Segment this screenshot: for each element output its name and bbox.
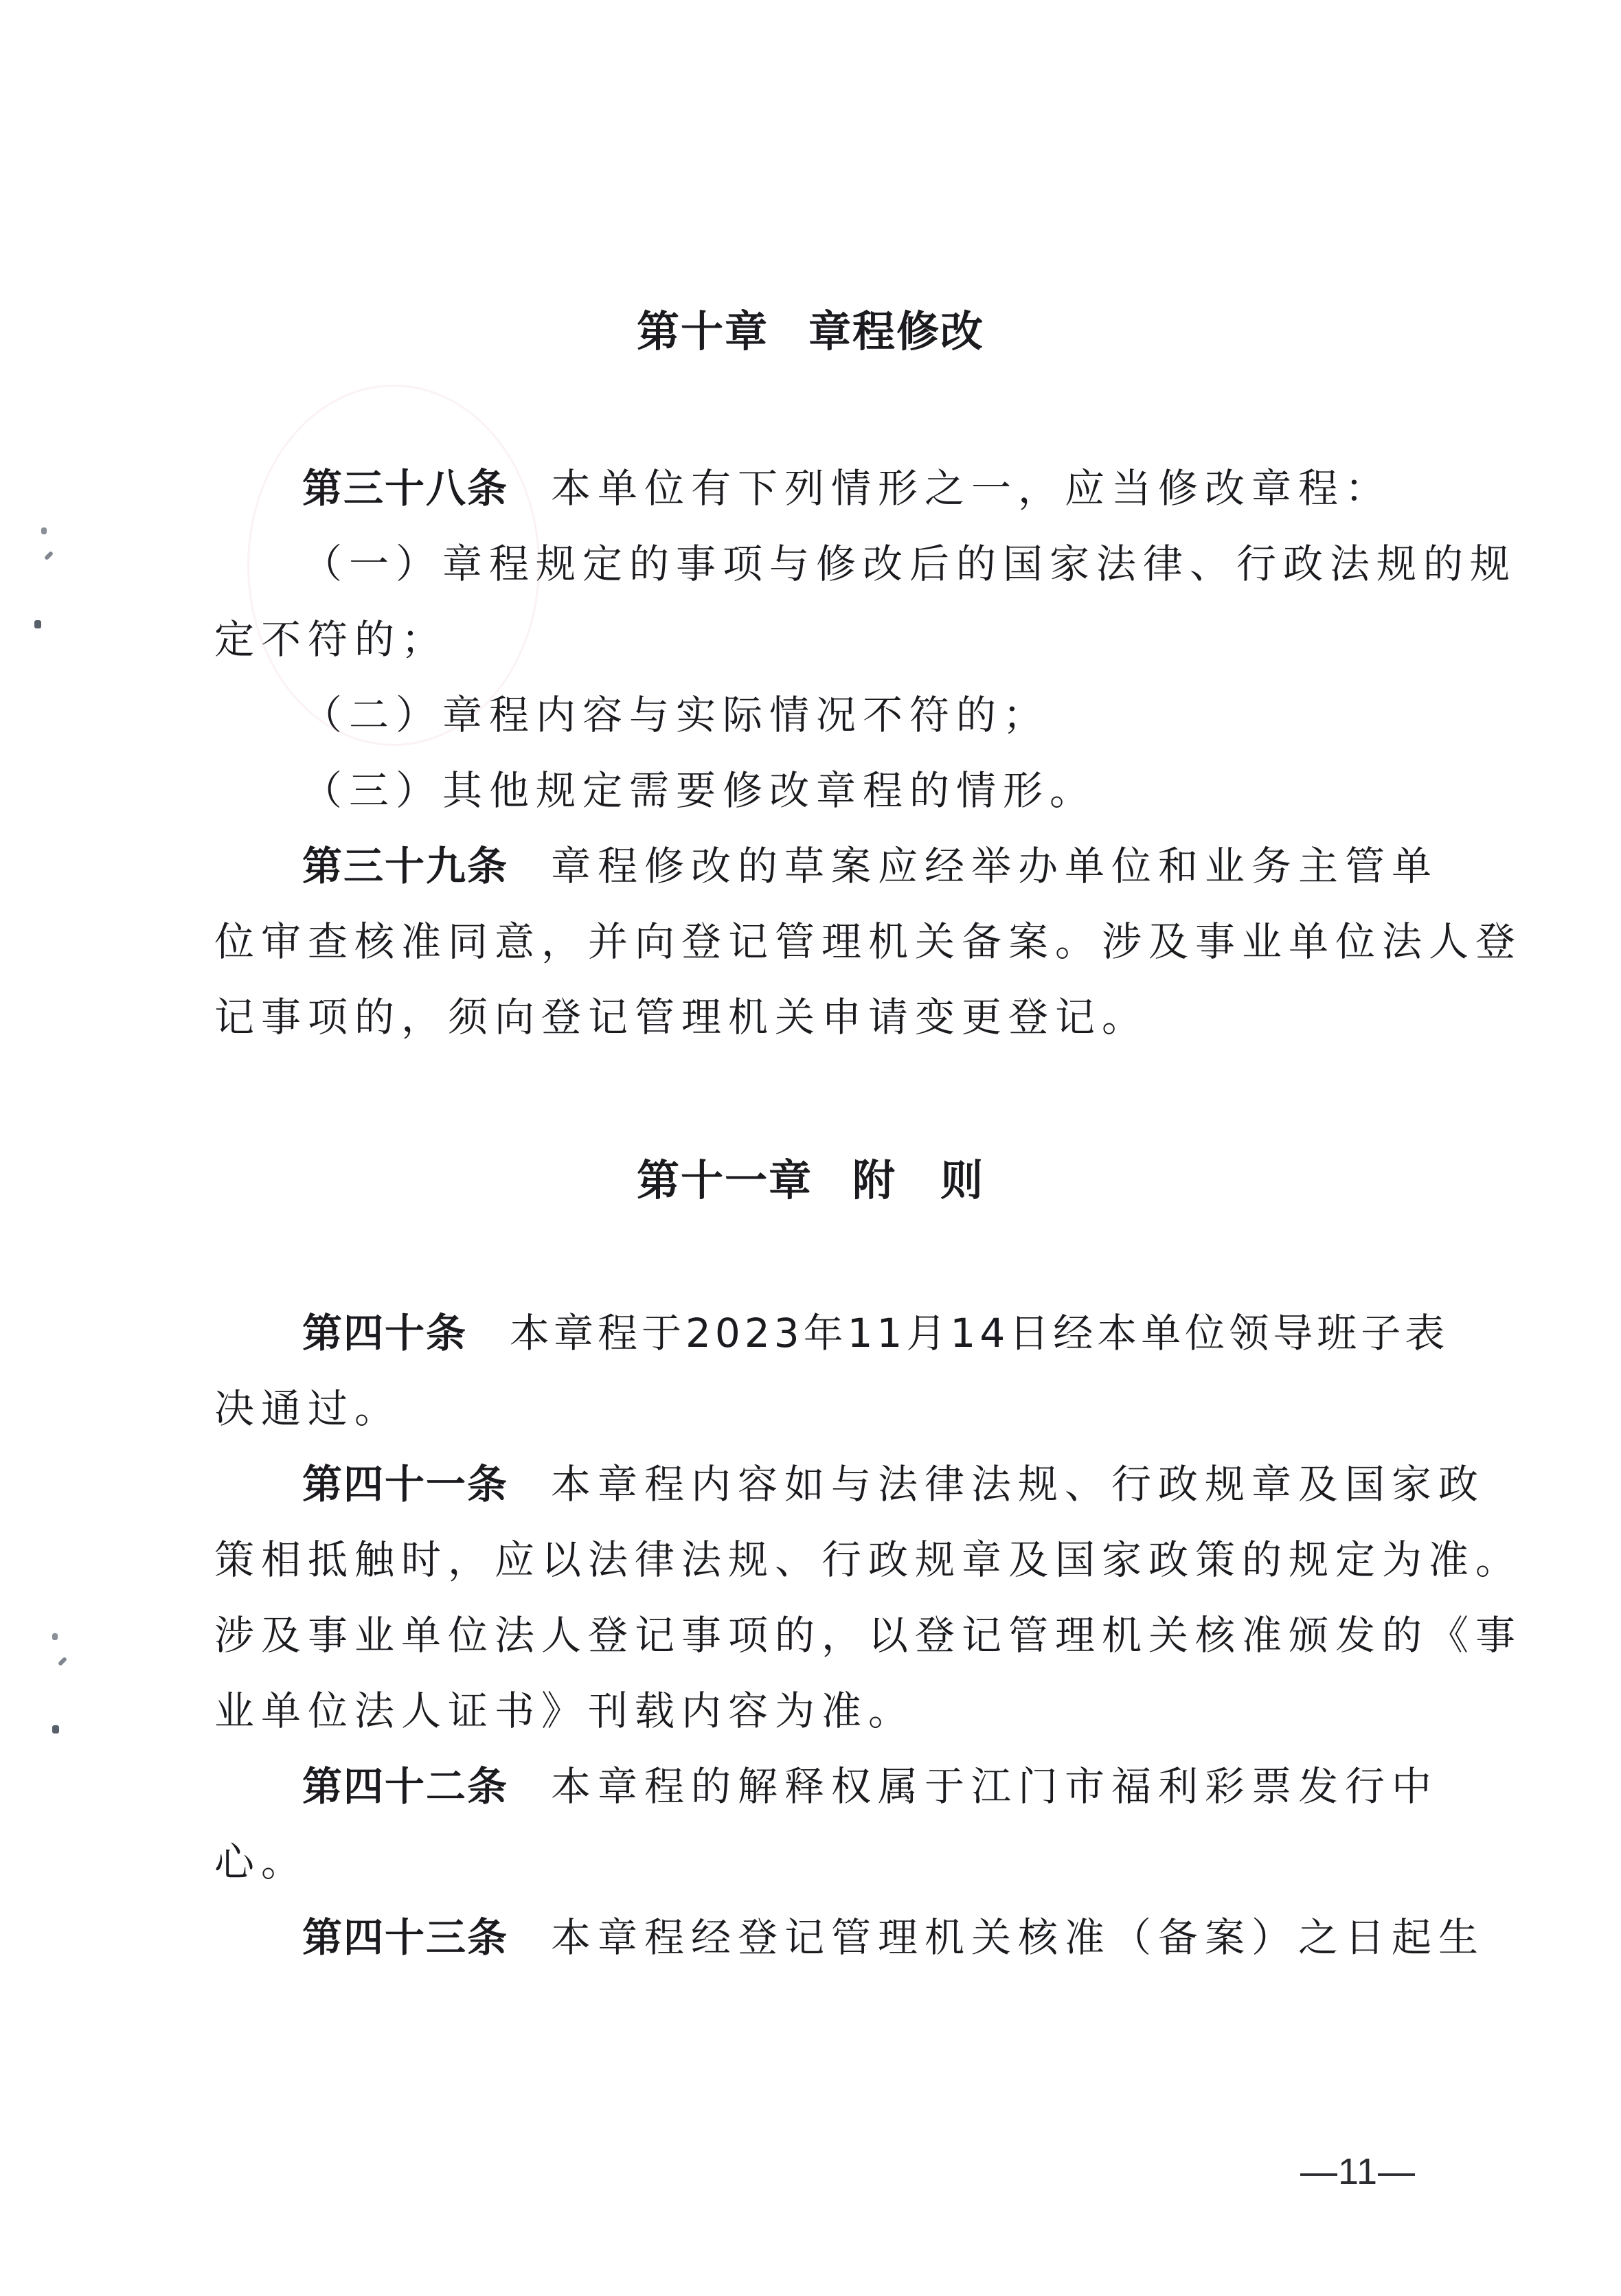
article-continuation: 记事项的，须向登记管理机关申请变更登记。 bbox=[214, 997, 1148, 1037]
article-paragraph: 第四十条本章程于2023年11月14日经本单位领导班子表 bbox=[302, 1313, 1449, 1353]
document-page: 第十章章程修改 第三十八条本单位有下列情形之一，应当修改章程： （一）章程规定的… bbox=[0, 0, 1621, 2296]
list-item-text-line: （一）章程规定的事项与修改后的国家法律、行政法规的规 bbox=[302, 541, 1517, 587]
list-item-continuation: 定不符的； bbox=[214, 620, 448, 659]
article-text-line: 涉及事业单位法人登记事项的，以登记管理机关核准颁发的《事 bbox=[214, 1612, 1522, 1659]
binding-hole-mark bbox=[52, 1633, 58, 1640]
article-paragraph: 第四十三条本章程经登记管理机关核准（备案）之日起生 bbox=[302, 1918, 1485, 1957]
article-text-line: 记事项的，须向登记管理机关申请变更登记。 bbox=[214, 994, 1148, 1041]
chapter-heading: 第十一章附 则 bbox=[0, 1159, 1621, 1202]
article-text-line: 心。 bbox=[214, 1839, 308, 1885]
article-text-line: 章程修改的草案应经举办单位和业务主管单 bbox=[551, 843, 1438, 889]
binding-hole-mark bbox=[34, 620, 41, 628]
article-text-line: 本章程经登记管理机关核准（备案）之日起生 bbox=[551, 1914, 1485, 1961]
article-text-line: 位审查核准同意，并向登记管理机关备案。涉及事业单位法人登 bbox=[214, 918, 1522, 965]
binding-hole-mark bbox=[58, 1657, 67, 1666]
list-item: （一）章程规定的事项与修改后的国家法律、行政法规的规 bbox=[302, 544, 1517, 584]
list-item: （二）章程内容与实际情况不符的； bbox=[302, 695, 1050, 735]
article-text-line: 本章程的解释权属于江门市福利彩票发行中 bbox=[551, 1763, 1438, 1810]
list-item-text-line: （二）章程内容与实际情况不符的； bbox=[302, 692, 1050, 738]
article-continuation: 心。 bbox=[214, 1842, 308, 1882]
list-item-text-line: （三）其他规定需要修改章程的情形。 bbox=[302, 767, 1096, 814]
chapter-title-text: 附 则 bbox=[852, 1155, 984, 1205]
chapter-heading: 第十章章程修改 bbox=[0, 310, 1621, 353]
article-continuation: 决通过。 bbox=[214, 1389, 401, 1429]
list-item: （三）其他规定需要修改章程的情形。 bbox=[302, 771, 1096, 810]
article-text-line: 本单位有下列情形之一，应当修改章程： bbox=[551, 465, 1392, 512]
chapter-number: 第十一章 bbox=[637, 1155, 813, 1205]
article-paragraph: 第三十八条本单位有下列情形之一，应当修改章程： bbox=[302, 468, 1392, 508]
article-text-line: 业单位法人证书》刊载内容为准。 bbox=[214, 1687, 915, 1734]
article-paragraph: 第四十一条本章程内容如与法律法规、行政规章及国家政 bbox=[302, 1464, 1485, 1504]
article-text-line: 本章程内容如与法律法规、行政规章及国家政 bbox=[551, 1461, 1485, 1508]
article-number: 第四十条 bbox=[302, 1310, 467, 1356]
article-number: 第三十八条 bbox=[302, 465, 508, 512]
article-number: 第四十三条 bbox=[302, 1914, 508, 1961]
article-continuation: 业单位法人证书》刊载内容为准。 bbox=[214, 1691, 915, 1731]
binding-hole-mark bbox=[44, 551, 54, 560]
article-text-line: 策相抵触时，应以法律法规、行政规章及国家政策的规定为准。 bbox=[214, 1536, 1522, 1583]
list-item-text-line: 定不符的； bbox=[214, 616, 448, 663]
article-paragraph: 第四十二条本章程的解释权属于江门市福利彩票发行中 bbox=[302, 1766, 1438, 1806]
article-continuation: 位审查核准同意，并向登记管理机关备案。涉及事业单位法人登 bbox=[214, 922, 1522, 962]
binding-hole-mark bbox=[41, 527, 47, 534]
article-paragraph: 第三十九条章程修改的草案应经举办单位和业务主管单 bbox=[302, 846, 1438, 886]
article-number: 第四十二条 bbox=[302, 1763, 508, 1810]
article-text-line: 决通过。 bbox=[214, 1385, 401, 1432]
article-number: 第四十一条 bbox=[302, 1461, 508, 1508]
page-number: —11— bbox=[1300, 2153, 1416, 2190]
article-continuation: 涉及事业单位法人登记事项的，以登记管理机关核准颁发的《事 bbox=[214, 1615, 1522, 1655]
chapter-title-text: 章程修改 bbox=[808, 306, 984, 356]
binding-hole-mark bbox=[52, 1725, 59, 1734]
article-number: 第三十九条 bbox=[302, 843, 508, 889]
chapter-number: 第十章 bbox=[637, 306, 769, 356]
article-continuation: 策相抵触时，应以法律法规、行政规章及国家政策的规定为准。 bbox=[214, 1540, 1522, 1580]
article-text-line: 本章程于2023年11月14日经本单位领导班子表 bbox=[510, 1310, 1449, 1356]
